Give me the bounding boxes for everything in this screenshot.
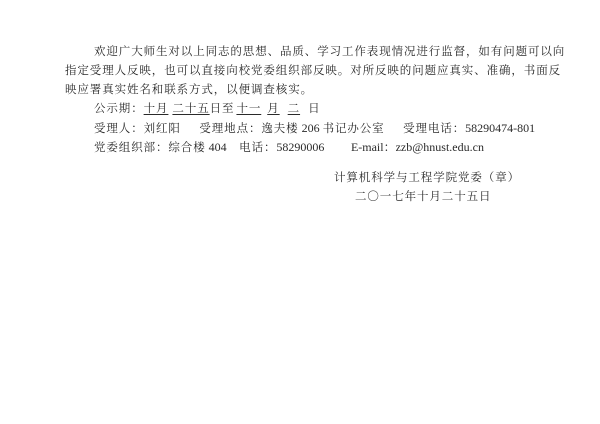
org-line: 党委组织部：综合楼404 电话：58290006 E-mail：zzb@hnus… — [94, 140, 484, 154]
location-office: 书记办公室 — [323, 121, 385, 135]
end-month: 十一 — [236, 101, 261, 115]
org-label: 党委组织部： — [94, 140, 168, 154]
end-day: 二 — [284, 101, 304, 115]
signature-org: 计算机科学与工程学院党委（章） — [334, 170, 520, 184]
email-address[interactable]: zzb@hnust.edu.cn — [396, 140, 484, 154]
org-phone-label: 电话： — [239, 140, 276, 154]
start-day: 二十五 — [172, 101, 209, 115]
day-to: 日至 — [210, 101, 235, 115]
notice-period-label: 公示期： — [94, 101, 144, 115]
phone-label: 受理电话： — [403, 121, 465, 135]
location-label: 受理地点： — [199, 121, 261, 135]
paragraph-line-2: 指定受理人反映，也可以直接向校党委组织部反映。对所反映的问题应真实、准确，书面反 — [65, 63, 561, 77]
month-char: 月 — [261, 101, 279, 115]
contact-line: 受理人：刘红阳 受理地点：逸夫楼206书记办公室 受理电话：58290474-8… — [94, 121, 535, 135]
org-phone: 58290006 — [276, 140, 324, 154]
paragraph-line-1: 欢迎广大师生对以上同志的思想、品质、学习工作表现情况进行监督，如有问题可以向 — [94, 44, 565, 58]
location-room: 206 — [302, 121, 320, 135]
contact-person: 刘红阳 — [144, 121, 181, 135]
email-label: E-mail： — [351, 140, 396, 154]
day-char: 日 — [308, 101, 320, 115]
signature-date: 二〇一七年十月二十五日 — [355, 189, 491, 203]
contact-person-label: 受理人： — [94, 121, 144, 135]
notice-period: 公示期：十月二十五日至十一月二日 — [94, 101, 320, 115]
org-building: 综合楼 — [168, 140, 205, 154]
contact-phone: 58290474-801 — [465, 121, 535, 135]
paragraph-line-3: 映应署真实姓名和联系方式，以便调查核实。 — [65, 82, 313, 96]
org-room: 404 — [209, 140, 227, 154]
start-month: 十月 — [144, 101, 169, 115]
location-building: 逸夫楼 — [261, 121, 298, 135]
